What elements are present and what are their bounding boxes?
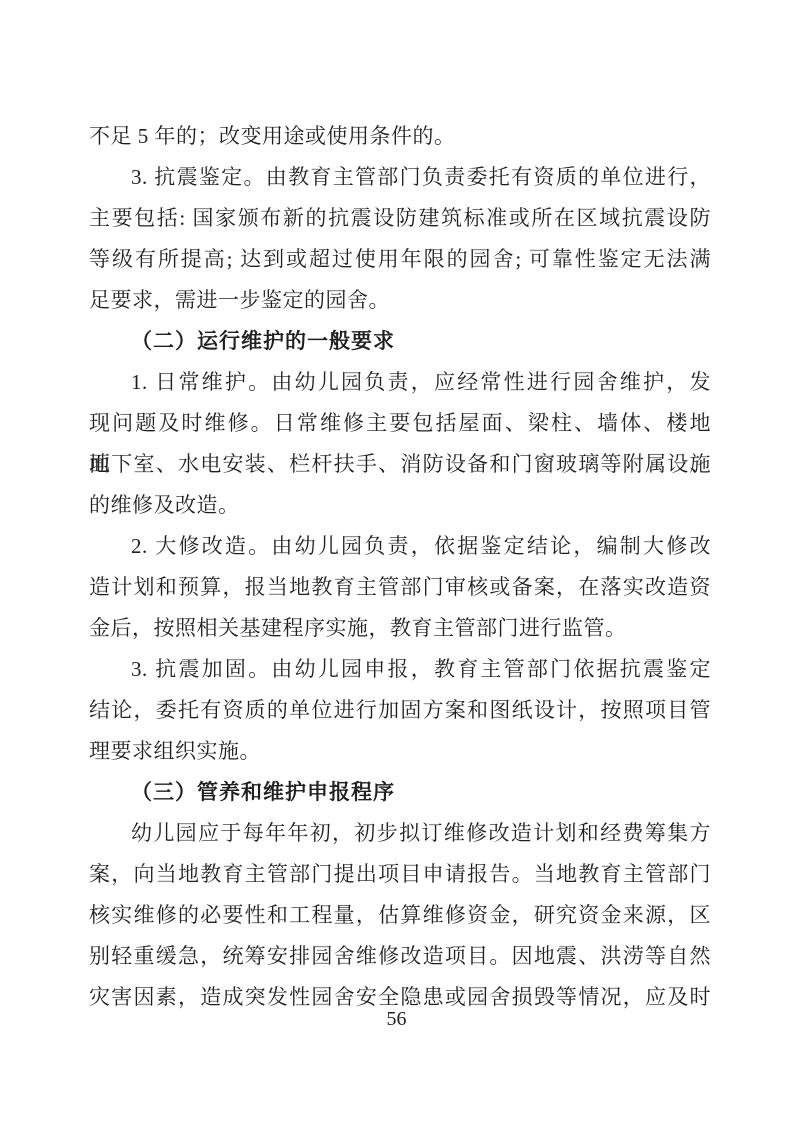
section-heading: （三）管养和维护申报程序: [89, 772, 711, 813]
text-line: 结论，委托有资质的单位进行加固方案和图纸设计，按照项目管: [89, 690, 711, 731]
text-line: 理要求组织实施。: [89, 731, 711, 772]
text-line: 3. 抗震鉴定。由教育主管部门负责委托有资质的单位进行，: [89, 157, 711, 198]
page-number: 56: [0, 1004, 793, 1034]
document-page: 不足 5 年的；改变用途或使用条件的。3. 抗震鉴定。由教育主管部门负责委托有资…: [0, 0, 793, 1122]
text-line: 造计划和预算，报当地教育主管部门审核或备案，在落实改造资: [89, 567, 711, 608]
text-line: 的维修及改造。: [89, 485, 711, 526]
text-line: 地下室、水电安装、栏杆扶手、消防设备和门窗玻璃等附属设施: [89, 444, 711, 485]
text-line: 3. 抗震加固。由幼儿园申报，教育主管部门依据抗震鉴定: [89, 649, 711, 690]
text-line: 不足 5 年的；改变用途或使用条件的。: [89, 116, 711, 157]
text-line: 金后，按照相关基建程序实施，教育主管部门进行监管。: [89, 608, 711, 649]
text-line: 核实维修的必要性和工程量，估算维修资金，研究资金来源，区: [89, 895, 711, 936]
text-line: 足要求，需进一步鉴定的园舍。: [89, 280, 711, 321]
document-body-text: 不足 5 年的；改变用途或使用条件的。3. 抗震鉴定。由教育主管部门负责委托有资…: [89, 116, 711, 1018]
text-line: 别轻重缓急，统筹安排园舍维修改造项目。因地震、洪涝等自然: [89, 936, 711, 977]
text-line: 2. 大修改造。由幼儿园负责，依据鉴定结论，编制大修改: [89, 526, 711, 567]
text-line: 现问题及时维修。日常维修主要包括屋面、梁柱、墙体、楼地面、: [89, 403, 711, 444]
text-line: 等级有所提高; 达到或超过使用年限的园舍; 可靠性鉴定无法满: [89, 239, 711, 280]
section-heading: （二）运行维护的一般要求: [89, 321, 711, 362]
text-line: 案，向当地教育主管部门提出项目申请报告。当地教育主管部门: [89, 854, 711, 895]
text-line: 主要包括: 国家颁布新的抗震设防建筑标准或所在区域抗震设防: [89, 198, 711, 239]
text-line: 1. 日常维护。由幼儿园负责，应经常性进行园舍维护，发: [89, 362, 711, 403]
text-line: 幼儿园应于每年年初，初步拟订维修改造计划和经费筹集方: [89, 813, 711, 854]
